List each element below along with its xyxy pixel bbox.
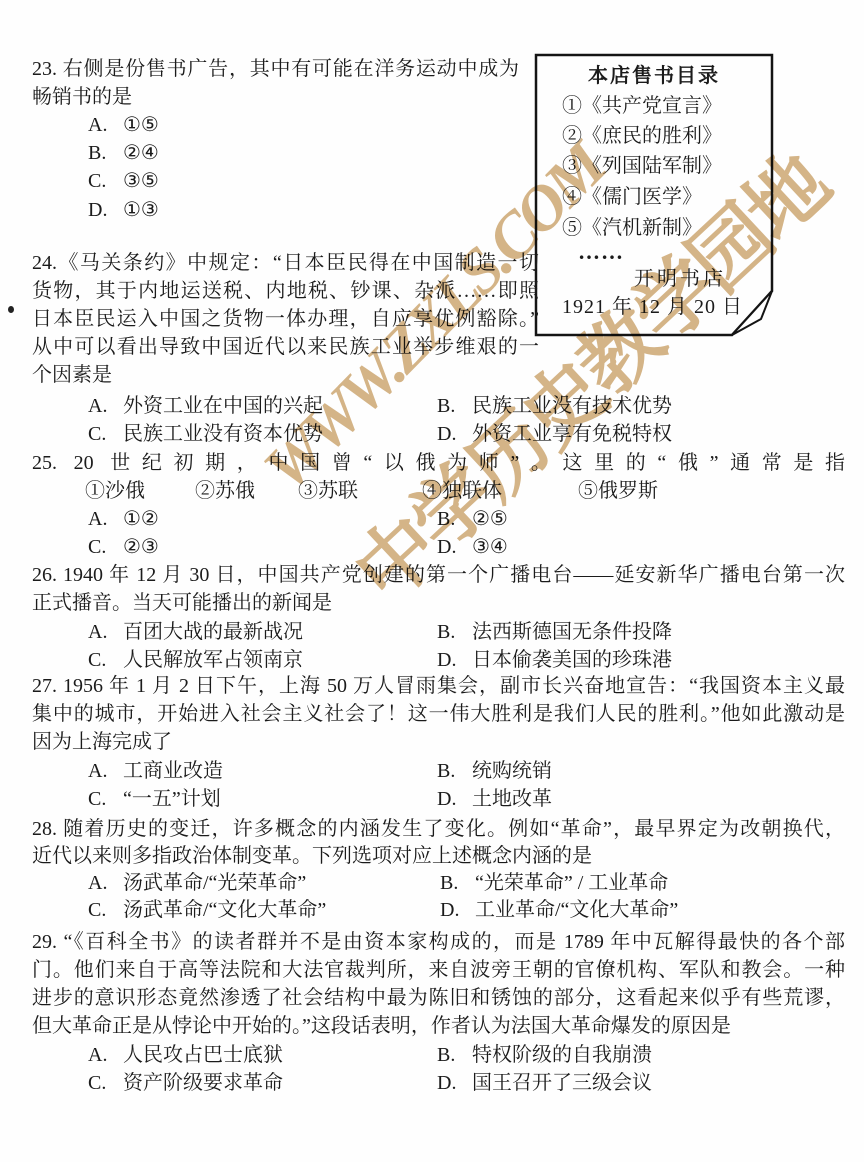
q24-line-5: 个因素是 bbox=[32, 362, 112, 388]
q26-line-2: 正式播音。当天可能播出的新闻是 bbox=[32, 590, 332, 616]
option-label: D. bbox=[437, 421, 461, 447]
option-text: 百团大战的最新战况 bbox=[123, 621, 303, 643]
option-label: C. bbox=[88, 534, 112, 560]
q27-line-3: 因为上海完成了 bbox=[32, 729, 172, 755]
q25-option-c: C.②③ bbox=[88, 534, 159, 560]
option-label: D. bbox=[437, 647, 461, 673]
q25-candidate-1: ①沙俄 bbox=[85, 478, 145, 504]
q27-option-b: B.统购统销 bbox=[437, 758, 552, 784]
option-text: 汤武革命/“光荣革命” bbox=[123, 872, 306, 894]
option-text: 工业革命/“文化大革命” bbox=[475, 899, 678, 921]
q24-option-c: C.民族工业没有资本优势 bbox=[88, 421, 323, 447]
q26-option-d: D.日本偷袭美国的珍珠港 bbox=[437, 647, 672, 673]
q29-line-2: 门。他们来自于高等法院和大法官裁判所，来自波旁王朝的官僚机构、军队和教会。一种 bbox=[32, 957, 845, 983]
option-text: 日本偷袭美国的珍珠港 bbox=[472, 649, 672, 671]
option-text: ②⑤ bbox=[472, 508, 508, 530]
scan-speck bbox=[8, 306, 14, 313]
option-text: ③⑤ bbox=[123, 170, 159, 192]
q29-line-1: 29. “《百科全书》的读者群并不是由资本家构成的，而是 1789 年中瓦解得最… bbox=[32, 929, 845, 955]
q23-option-c: C.③⑤ bbox=[88, 168, 159, 194]
q26-option-b: B.法西斯德国无条件投降 bbox=[437, 619, 672, 645]
q27-option-c: C.“一五”计划 bbox=[88, 786, 221, 812]
q24-line-4: 从中可以看出导致中国近代以来民族工业举步维艰的一 bbox=[32, 334, 539, 360]
option-label: C. bbox=[88, 897, 112, 923]
option-label: B. bbox=[437, 506, 461, 532]
option-text: 土地改革 bbox=[472, 788, 552, 810]
option-label: B. bbox=[437, 1042, 461, 1068]
option-label: B. bbox=[88, 140, 112, 166]
option-label: C. bbox=[88, 421, 112, 447]
q27-option-d: D.土地改革 bbox=[437, 786, 552, 812]
q27-line-2: 集中的城市，开始进入社会主义社会了！这一伟大胜利是我们人民的胜利。”他如此激动是 bbox=[32, 701, 845, 727]
q25-candidate-5: ⑤俄罗斯 bbox=[578, 478, 658, 504]
q24-line-1: 24.《马关条约》中规定：“日本臣民得在中国制造一切 bbox=[32, 250, 539, 276]
book-ad-box: 本店售书目录 ①《共产党宣言》 ②《庶民的胜利》 ③《列国陆军制》 ④《儒门医学… bbox=[534, 53, 774, 338]
book-ad-item-4: ④《儒门医学》 bbox=[562, 180, 702, 209]
option-text: 外资工业享有免税特权 bbox=[472, 423, 672, 445]
option-label: C. bbox=[88, 647, 112, 673]
q28-option-b: B.“光荣革命” / 工业革命 bbox=[440, 870, 668, 896]
option-label: B. bbox=[437, 758, 461, 784]
q29-line-3: 进步的意识形态竟然渗透了社会结构中最为陈旧和锈蚀的部分，这看起来似乎有些荒谬， bbox=[32, 985, 845, 1011]
option-text: ①③ bbox=[123, 199, 159, 221]
q27-line-1: 27. 1956 年 1 月 2 日下午，上海 50 万人冒雨集会，副市长兴奋地… bbox=[32, 673, 845, 699]
q27-option-a: A.工商业改造 bbox=[88, 758, 223, 784]
q28-option-a: A.汤武革命/“光荣革命” bbox=[88, 870, 306, 896]
q29-option-a: A.人民攻占巴士底狱 bbox=[88, 1042, 283, 1068]
book-ad-date: 1921 年 12 月 20 日 bbox=[562, 290, 743, 319]
q23-line-2: 畅销书的是 bbox=[32, 84, 132, 110]
q28-line-1: 28. 随着历史的变迁，许多概念的内涵发生了变化。例如“革命”，最早界定为改朝换… bbox=[32, 816, 845, 842]
book-ad-item-5: ⑤《汽机新制》 bbox=[562, 211, 702, 240]
option-label: A. bbox=[88, 506, 112, 532]
q24-option-b: B.民族工业没有技术优势 bbox=[437, 393, 672, 419]
q29-option-b: B.特权阶级的自我崩溃 bbox=[437, 1042, 652, 1068]
book-ad-ellipsis: …… bbox=[578, 239, 624, 265]
book-ad-item-1: ①《共产党宣言》 bbox=[562, 89, 722, 118]
option-label: D. bbox=[437, 786, 461, 812]
option-label: B. bbox=[437, 619, 461, 645]
q23-option-d: D.①③ bbox=[88, 197, 159, 223]
q25-option-d: D.③④ bbox=[437, 534, 508, 560]
option-text: ②④ bbox=[123, 142, 159, 164]
option-text: 人民攻占巴士底狱 bbox=[123, 1044, 283, 1066]
q28-line-2: 近代以来则多指政治体制变革。下列选项对应上述概念内涵的是 bbox=[32, 843, 592, 869]
exam-page: WWW.ZXLS.COM 中学历史教学园地 23. 右侧是份售书广告，其中有可能… bbox=[0, 0, 864, 1162]
q24-line-2: 货物，其于内地运送税、内地税、钞课、杂派……即照 bbox=[32, 278, 539, 304]
option-label: C. bbox=[88, 786, 112, 812]
option-text: 民族工业没有技术优势 bbox=[472, 395, 672, 417]
option-text: 外资工业在中国的兴起 bbox=[123, 395, 323, 417]
option-text: 人民解放军占领南京 bbox=[123, 649, 303, 671]
option-label: A. bbox=[88, 393, 112, 419]
q26-option-c: C.人民解放军占领南京 bbox=[88, 647, 303, 673]
option-label: A. bbox=[88, 112, 112, 138]
option-text: ①⑤ bbox=[123, 114, 159, 136]
book-ad-item-3: ③《列国陆军制》 bbox=[562, 149, 722, 178]
option-text: 资产阶级要求革命 bbox=[123, 1072, 283, 1094]
option-label: A. bbox=[88, 1042, 112, 1068]
option-text: “光荣革命” / 工业革命 bbox=[475, 872, 668, 894]
option-label: A. bbox=[88, 758, 112, 784]
option-text: 汤武革命/“文化大革命” bbox=[123, 899, 326, 921]
q28-option-c: C.汤武革命/“文化大革命” bbox=[88, 897, 326, 923]
option-text: 统购统销 bbox=[472, 760, 552, 782]
option-label: B. bbox=[437, 393, 461, 419]
option-label: D. bbox=[440, 897, 464, 923]
q23-line-1: 23. 右侧是份售书广告，其中有可能在洋务运动中成为 bbox=[32, 56, 519, 82]
q24-line-3: 日本臣民运入中国之货物一体办理，自应享优例豁除。” bbox=[32, 306, 539, 332]
option-label: A. bbox=[88, 619, 112, 645]
book-ad-title: 本店售书目录 bbox=[554, 59, 754, 88]
q26-line-1: 26. 1940 年 12 月 30 日，中国共产党创建的第一个广播电台——延安… bbox=[32, 562, 845, 588]
option-text: 工商业改造 bbox=[123, 760, 223, 782]
q25-candidate-2: ②苏俄 bbox=[195, 478, 255, 504]
q25-candidate-4: ④独联体 bbox=[422, 478, 502, 504]
q29-line-4: 但大革命正是从悖论中开始的。”这段话表明，作者认为法国大革命爆发的原因是 bbox=[32, 1013, 731, 1039]
q28-option-d: D.工业革命/“文化大革命” bbox=[440, 897, 678, 923]
book-ad-item-2: ②《庶民的胜利》 bbox=[562, 119, 722, 148]
option-text: 法西斯德国无条件投降 bbox=[472, 621, 672, 643]
option-text: ①② bbox=[123, 508, 159, 530]
option-label: C. bbox=[88, 168, 112, 194]
option-text: 民族工业没有资本优势 bbox=[123, 423, 323, 445]
option-text: “一五”计划 bbox=[123, 788, 221, 810]
option-label: D. bbox=[437, 534, 461, 560]
option-text: ③④ bbox=[472, 536, 508, 558]
q29-option-c: C.资产阶级要求革命 bbox=[88, 1070, 283, 1096]
option-label: D. bbox=[437, 1070, 461, 1096]
q24-option-d: D.外资工业享有免税特权 bbox=[437, 421, 672, 447]
option-label: C. bbox=[88, 1070, 112, 1096]
option-text: ②③ bbox=[123, 536, 159, 558]
book-ad-store-name: 开明书店 bbox=[634, 262, 726, 291]
q25-option-b: B.②⑤ bbox=[437, 506, 508, 532]
q23-option-b: B.②④ bbox=[88, 140, 159, 166]
q26-option-a: A.百团大战的最新战况 bbox=[88, 619, 303, 645]
q25-candidate-3: ③苏联 bbox=[298, 478, 358, 504]
q29-option-d: D.国王召开了三级会议 bbox=[437, 1070, 652, 1096]
option-text: 国王召开了三级会议 bbox=[472, 1072, 652, 1094]
q25-line-1: 25. 20 世纪初期，中国曾“以俄为师”。这里的“俄”通常是指 bbox=[32, 450, 845, 476]
q24-option-a: A.外资工业在中国的兴起 bbox=[88, 393, 323, 419]
option-label: D. bbox=[88, 197, 112, 223]
option-text: 特权阶级的自我崩溃 bbox=[472, 1044, 652, 1066]
q25-option-a: A.①② bbox=[88, 506, 159, 532]
option-label: B. bbox=[440, 870, 464, 896]
option-label: A. bbox=[88, 870, 112, 896]
q23-option-a: A.①⑤ bbox=[88, 112, 159, 138]
